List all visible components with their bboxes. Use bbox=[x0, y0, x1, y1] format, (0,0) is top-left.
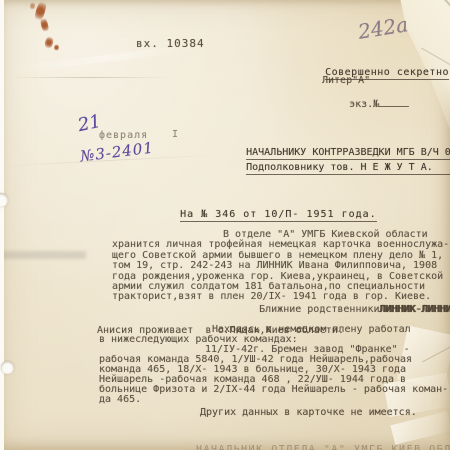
reference-text: На № 346 от 10/П- 1951 года. bbox=[180, 209, 377, 222]
copy-number-line: экз.№ bbox=[325, 86, 409, 121]
rust-stain bbox=[54, 44, 59, 51]
punch-hole bbox=[0, 193, 8, 207]
typed-month-extra: I bbox=[172, 129, 178, 140]
relatives-line-1: Ближние родственникиЛИННИК-ЛИННИК bbox=[97, 295, 450, 326]
scanned-document-page: вх. 10384 242а Совершенно секретно Литер… bbox=[0, 0, 450, 450]
copy-number-label: экз.№ bbox=[349, 99, 379, 110]
work-teams-paragraph: 11/IУ-42г. Бремен завод "Франке" - рабоч… bbox=[99, 345, 448, 405]
relatives-smudged-name: ЛИННИК-ЛИННИК bbox=[380, 304, 450, 315]
rust-stain bbox=[44, 36, 54, 50]
rust-stain bbox=[30, 2, 35, 10]
incoming-stamp-number: вх. 10384 bbox=[136, 37, 205, 50]
closing-line: Других данных в карточке не имеется. bbox=[200, 407, 417, 418]
signature-line-clipped: НАЧАЛЬНИК ОТДЕЛА "А" УМГБ КИЕВ ОБЛ bbox=[196, 444, 450, 450]
reference-line: На № 346 от 10/П- 1951 года. bbox=[152, 198, 377, 233]
body-line: да 465. bbox=[99, 395, 448, 405]
punch-hole bbox=[1, 361, 14, 374]
body-paragraph-1: В отделе "А" УМГБ Киевской области храни… bbox=[112, 230, 449, 303]
handwritten-outgoing-number: №3-2401 bbox=[79, 139, 155, 166]
rust-stain bbox=[39, 16, 51, 33]
scan-smudge bbox=[0, 251, 86, 259]
addressee-line-1: НАЧАЛЬНИКУ КОНТРРАЗВЕДКИ МГБ В/Ч 0579 bbox=[246, 147, 450, 160]
relatives-prefix: Ближние родственники bbox=[259, 304, 379, 315]
copy-number-blank bbox=[379, 97, 409, 107]
body-line: больнице Фризота и 2/IХ-44 года Нейшарел… bbox=[99, 385, 448, 395]
handwritten-folio-number: 242а bbox=[356, 12, 409, 44]
body-paragraph-2: Находясь в немецком плену работал в ниже… bbox=[99, 325, 411, 346]
scanner-edge-strip bbox=[0, 0, 4, 450]
liter-line: Литер"А" bbox=[322, 75, 370, 86]
fold-line bbox=[8, 77, 170, 78]
addressee-block: НАЧАЛЬНИКУ КОНТРРАЗВЕДКИ МГБ В/Ч 0579 По… bbox=[222, 136, 450, 186]
addressee-line-2: Подполковнику тов. Н Е Ж У Т А. bbox=[246, 162, 450, 175]
